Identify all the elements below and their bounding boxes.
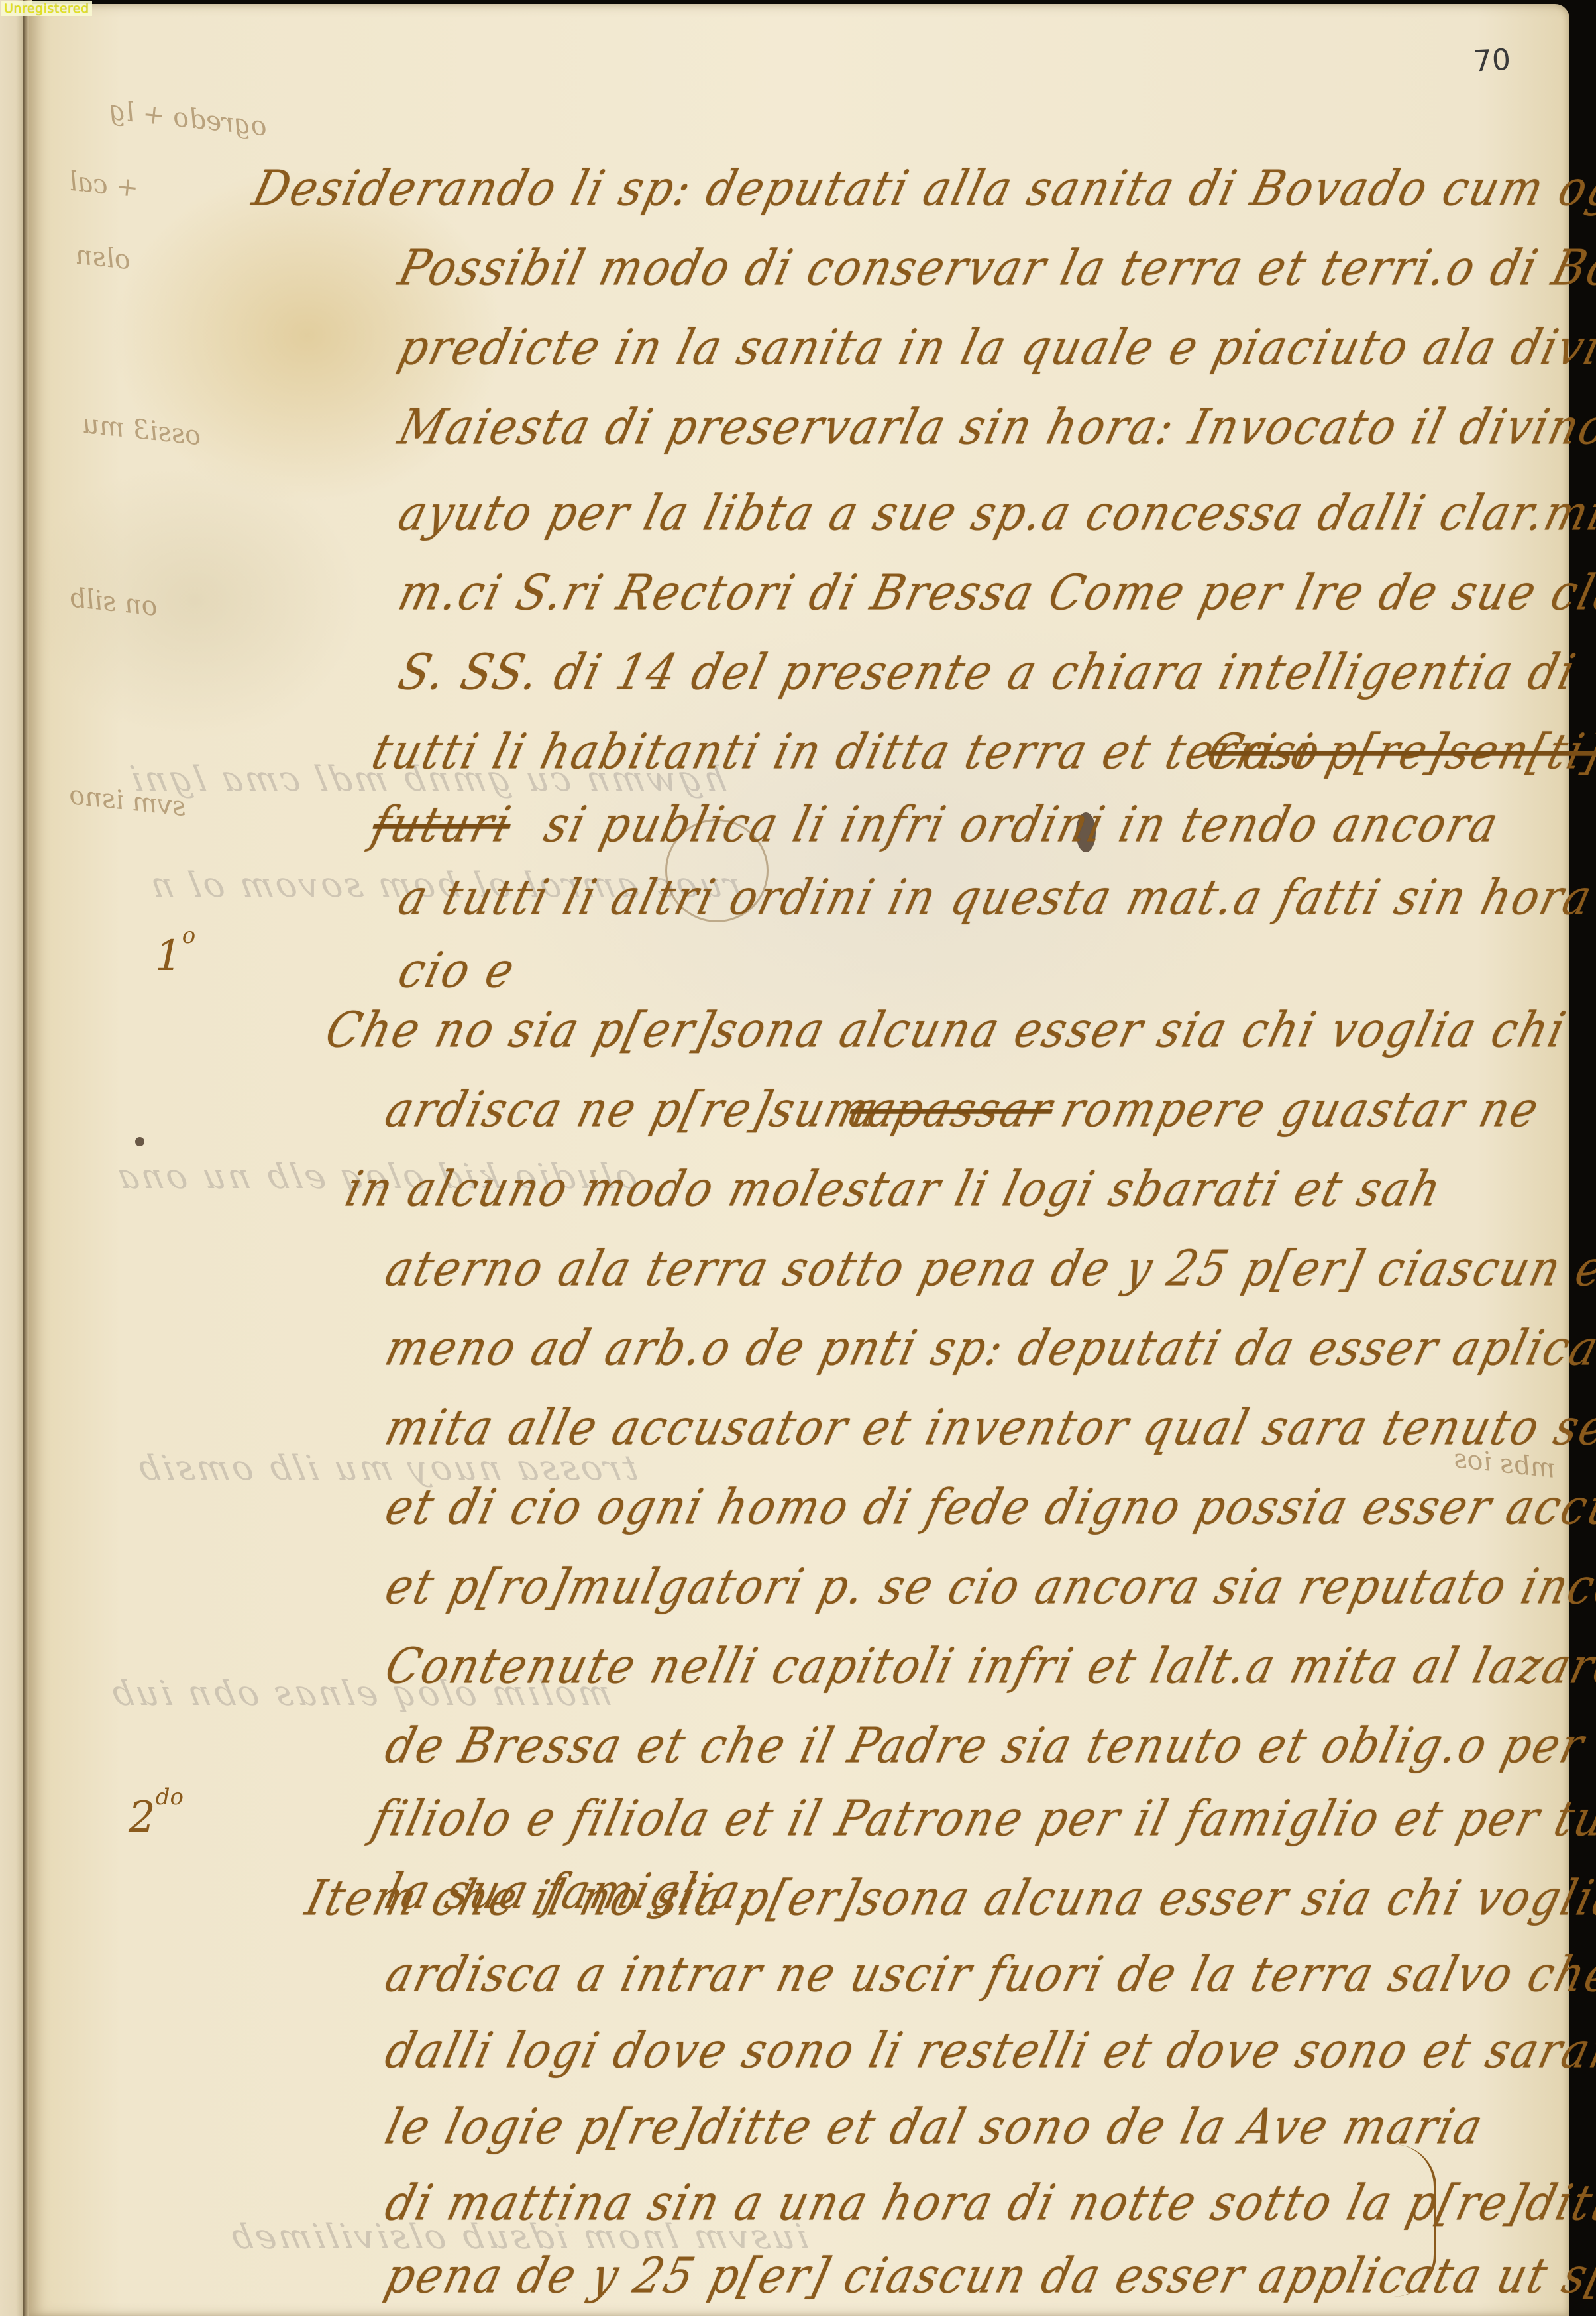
intro-line: Possibil modo di conservar la terra et t… <box>393 239 1596 296</box>
item-1-ordinal: o <box>182 922 195 949</box>
intro-struck-text: Cosi p[re]sen[ti] come <box>1201 723 1596 780</box>
item-1-line: rompere guastar ne <box>1055 1081 1546 1138</box>
item-2-line: Item che il no sia p[er]sona alcuna esse… <box>300 1869 1596 1926</box>
margin-note: + cal <box>68 166 140 204</box>
closing-bracket <box>1394 2144 1436 2297</box>
intro-line: Maiesta di preservarla sin hora: Invocat… <box>393 398 1596 455</box>
item-2-line: ardisca a intrar ne uscir fuori de la te… <box>380 1946 1596 2003</box>
intro-line: tutti li habitanti in ditta terra et ter… <box>366 723 1327 780</box>
ink-blot <box>135 1137 144 1146</box>
intro-line: S. SS. di 14 del presente a chiara intel… <box>393 643 1583 700</box>
item-1-line: aterno ala terra sotto pena de y 25 p[er… <box>380 1240 1596 1297</box>
margin-note: ogredo + lg <box>107 95 268 142</box>
intro-line: cio e <box>393 942 521 999</box>
item-1-line: meno ad arb.o de pnti sp: deputati da es… <box>380 1319 1596 1376</box>
intro-line: ayuto per la libta a sue sp.a concessa d… <box>393 484 1596 541</box>
item-1-line: mita alle accusator et inventor qual sar… <box>380 1399 1596 1456</box>
manuscript-scan: hgwmn cu gmnb mdl cma lgni ruoc amrol ol… <box>0 0 1596 2316</box>
item-1-line: in alcuno modo molestar li logi sbarati … <box>340 1160 1448 1217</box>
manuscript-page: hgwmn cu gmnb mdl cma lgni ruoc amrol ol… <box>29 4 1569 2316</box>
intro-line: si publica li infri ordini in tendo anco… <box>539 796 1505 853</box>
intro-line: predicte in la sanita in la quale e piac… <box>393 319 1596 376</box>
item-1-line: ardisca ne p[re]suma <box>380 1081 904 1138</box>
intro-line: m.ci S.ri Rectori di Bressa Come per lre… <box>393 564 1596 621</box>
item-1-line: de Bressa et che il Padre sia tenuto et … <box>380 1717 1596 1774</box>
item-1-line: Che no sia p[er]sona alcuna esser sia ch… <box>320 1001 1572 1058</box>
intro-line: a tutti li altri ordini in questa mat.a … <box>393 869 1596 926</box>
item-2-ordinal: do <box>156 1784 184 1810</box>
item-1-struck-text: a passar <box>843 1081 1059 1138</box>
margin-note: on silb <box>68 582 159 622</box>
item-1-line: et di cio ogni homo di fede digno possia… <box>380 1478 1596 1535</box>
item-1-marker: 1o <box>155 932 195 981</box>
unregistered-watermark: Unregistered <box>1 1 92 16</box>
intro-line: Desiderando li sp: deputati alla sanita … <box>247 160 1596 217</box>
item-2-marker: 2do <box>129 1793 184 1842</box>
item-2-number: 2 <box>129 1793 156 1842</box>
item-1-line: filiolo e filiola et il Patrone per il f… <box>366 1790 1596 1847</box>
item-2-line: le logie p[re]ditte et dal sono de la Av… <box>380 2098 1490 2155</box>
folio-number: 70 <box>1473 43 1512 79</box>
item-1-number: 1 <box>155 932 182 981</box>
margin-note: ossi3 mu <box>81 409 203 452</box>
item-2-line: dalli logi dove sono li restelli et dove… <box>380 2022 1596 2079</box>
intro-struck-text: futuri <box>366 796 517 853</box>
item-1-line: et p[ro]mulgatori p. se cio ancora sia r… <box>380 1558 1596 1615</box>
margin-note: olsn <box>74 240 133 276</box>
item-1-line: Contenute nelli capitoli infri et lalt.a… <box>380 1637 1596 1694</box>
